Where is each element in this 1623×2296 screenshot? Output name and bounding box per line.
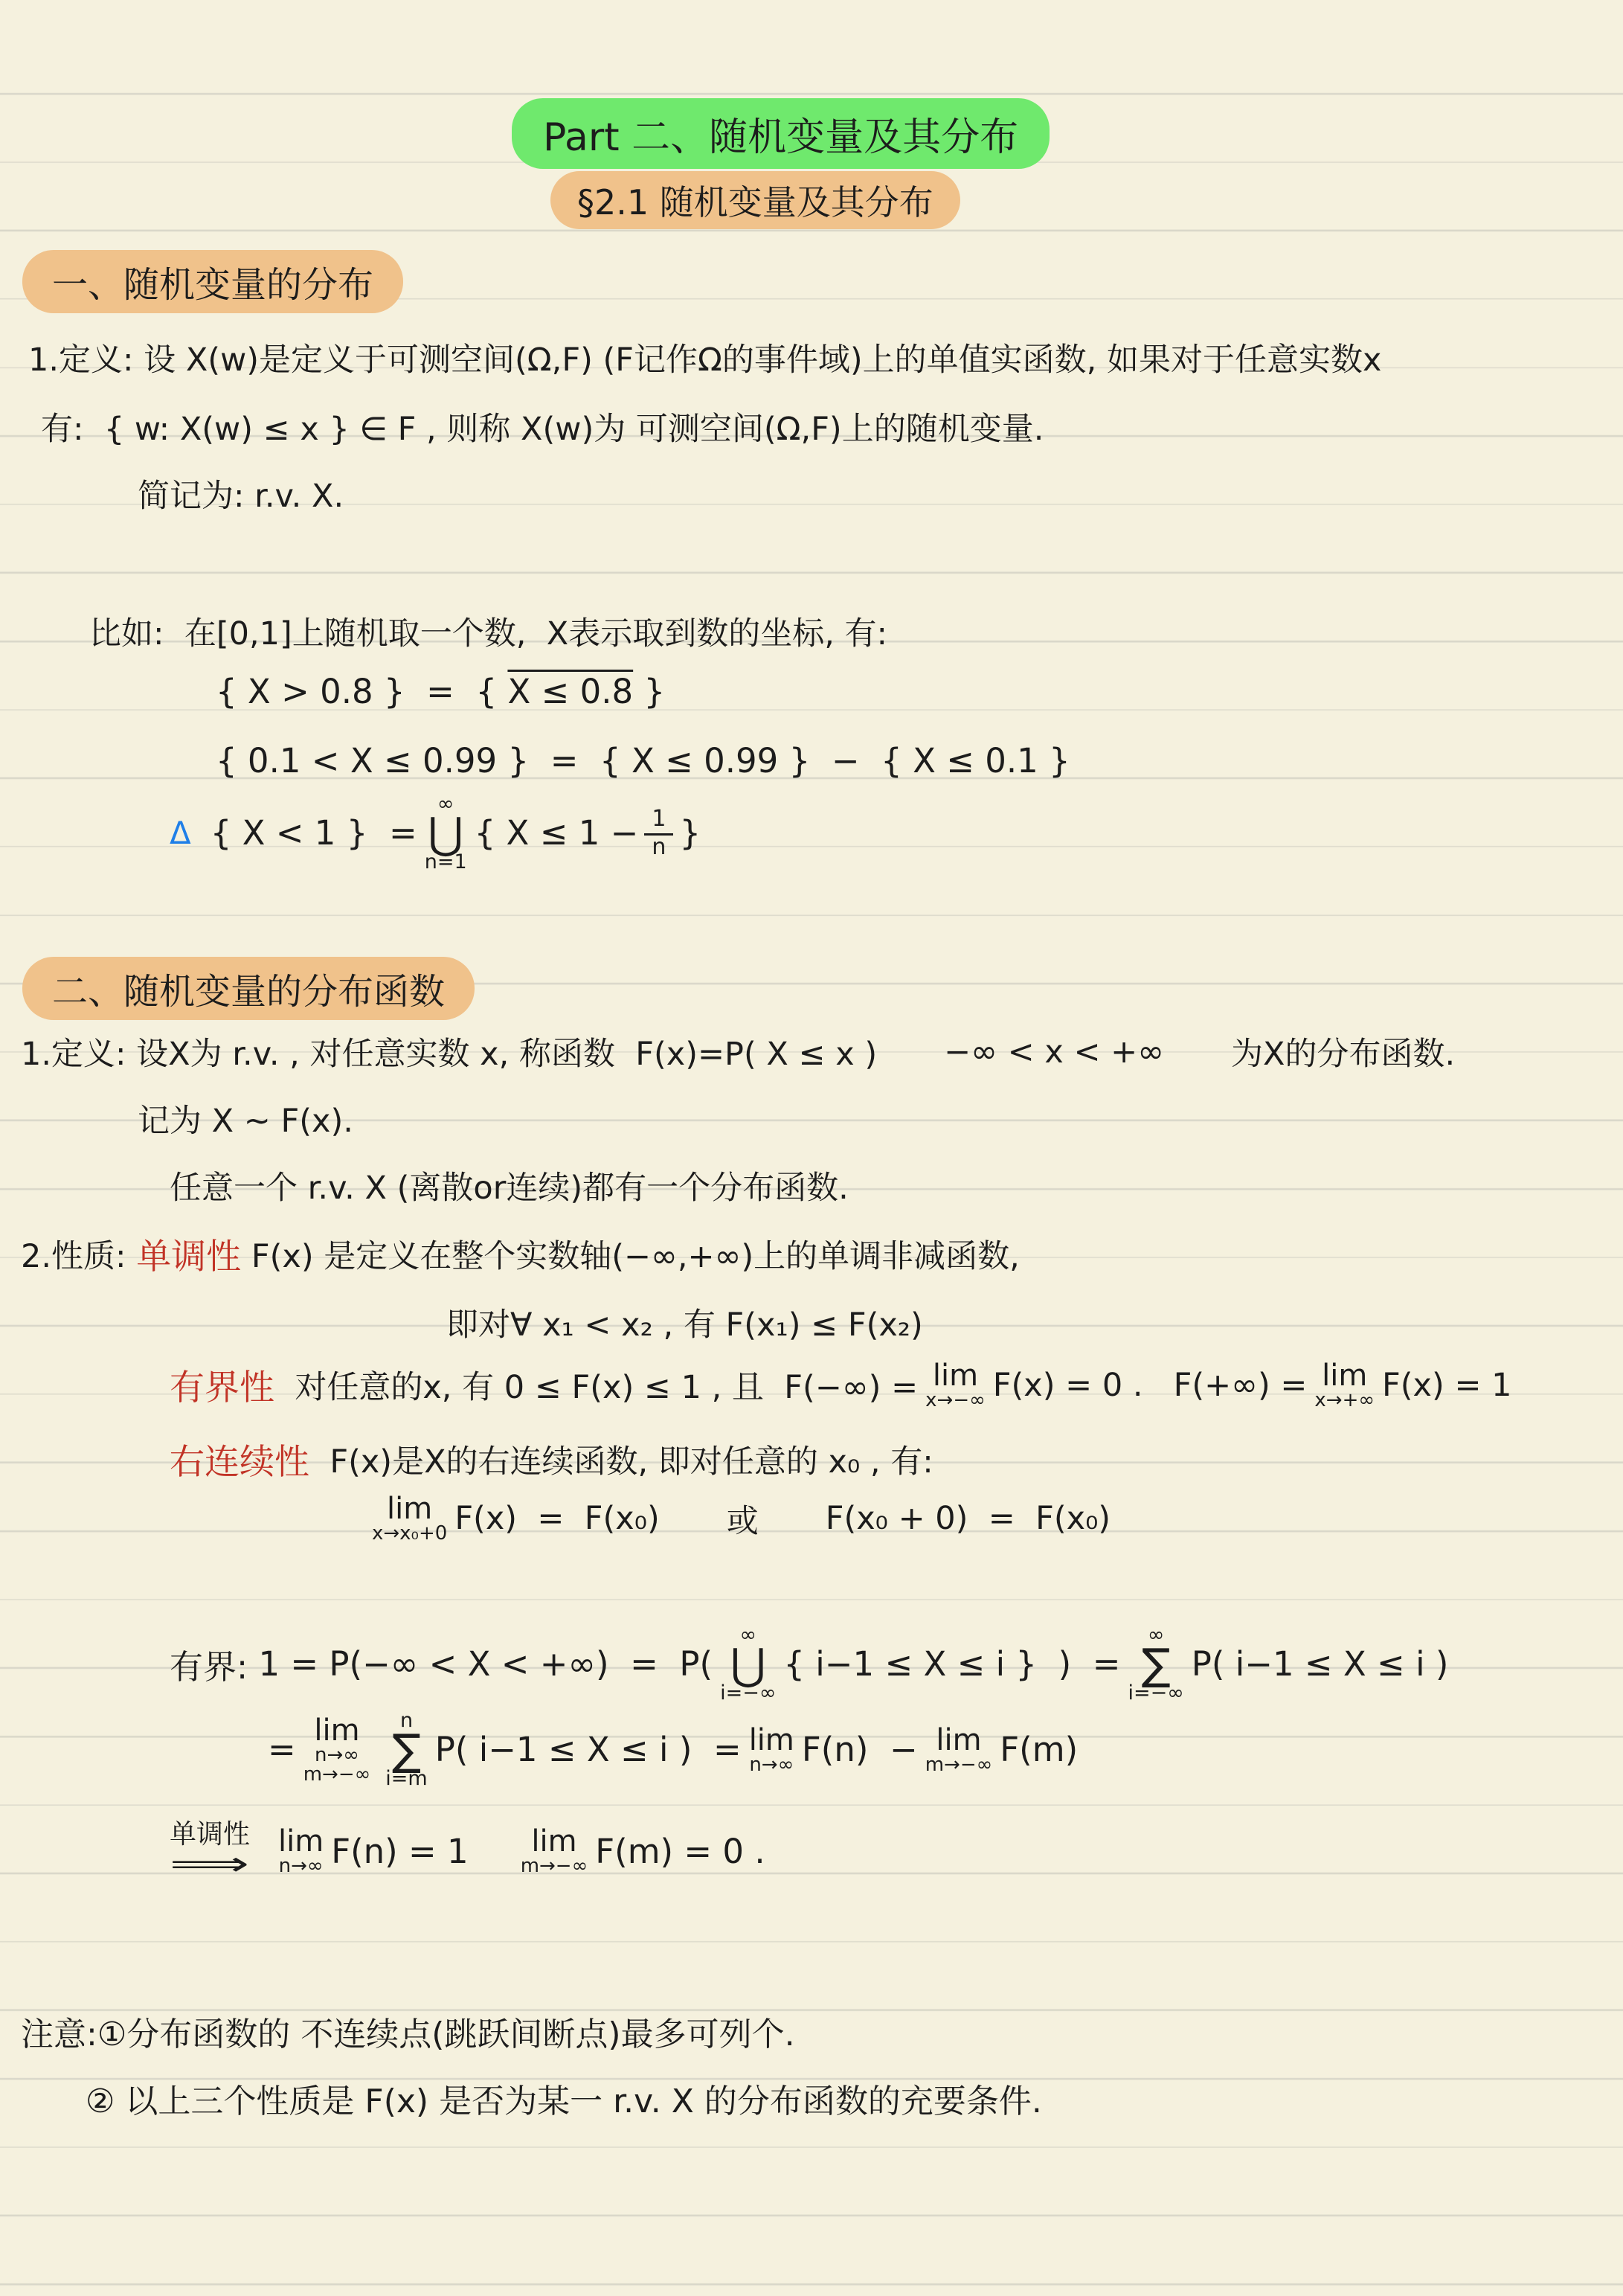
sum-symbol: ∑ bbox=[392, 1731, 421, 1769]
cdf-remark-text: 任意一个 r.v. X (离散or连续)都有一个分布函数. bbox=[170, 1163, 849, 1208]
cdf-definition-pre: 1.定义: 设X为 r.v. , 对任意实数 x, 称函数 F(x)=P( X … bbox=[21, 1029, 877, 1074]
union-lower-limit: i=−∞ bbox=[720, 1684, 776, 1703]
property-right-continuity-line: 右连续性 F(x)是X的右连续函数, 即对任意的 x₀ , 有: bbox=[170, 1434, 933, 1484]
derivation-line2-fm: F(m) bbox=[1000, 1730, 1078, 1769]
lim-subscript: m→−∞ bbox=[521, 1856, 588, 1876]
boundedness-label: 有界性 bbox=[170, 1360, 274, 1410]
cdf-definition-post: 为X的分布函数. bbox=[1231, 1029, 1455, 1074]
definition-line-1: 1.定义: 设 X(w)是定义于可测空间(Ω,F) (F记作Ω的事件域)上的单值… bbox=[28, 335, 1381, 380]
boundedness-text: 对任意的x, 有 0 ≤ F(x) ≤ 1 , 且 F(−∞) = bbox=[274, 1362, 918, 1408]
definition-line-3: 简记为: r.v. X. bbox=[138, 471, 344, 516]
lim-subscript-n: n→∞ bbox=[315, 1745, 359, 1765]
part-title: Part 二、随机变量及其分布 bbox=[512, 98, 1050, 169]
lim-subscript: n→∞ bbox=[749, 1755, 794, 1774]
right-continuity-label: 右连续性 bbox=[170, 1434, 309, 1484]
property-label: 2.性质: bbox=[21, 1231, 136, 1277]
right-continuity-equation-line: lim x→x₀+0 F(x) = F(x₀) 或 F(x₀ + 0) = F(… bbox=[364, 1494, 1111, 1543]
lim-word: lim bbox=[936, 1725, 981, 1755]
limit-m-to-neg-infinity: lim m→−∞ bbox=[925, 1725, 993, 1774]
cdf-definition-line: 1.定义: 设X为 r.v. , 对任意实数 x, 称函数 F(x)=P( X … bbox=[21, 1029, 1455, 1074]
definition-text-3: 简记为: r.v. X. bbox=[138, 471, 344, 516]
derivation-line2-fn: F(n) − bbox=[802, 1730, 918, 1769]
lim-word: lim bbox=[749, 1725, 794, 1755]
lim-word: lim bbox=[933, 1361, 978, 1391]
definition-line-2: 有: { w: X(w) ≤ x } ∈ F , 则称 X(w)为 可测空间(Ω… bbox=[41, 404, 1044, 449]
union-symbol: ⋃ bbox=[428, 814, 463, 853]
sum-operator: n ∑ i=m bbox=[385, 1711, 427, 1788]
definition-text-2: 有: { w: X(w) ≤ x } ∈ F , 则称 X(w)为 可测空间(Ω… bbox=[41, 404, 1044, 449]
eq3-mid: { X ≤ 1 − bbox=[475, 813, 639, 853]
example-eq3: Δ { X < 1 } = ∞ ⋃ n=1 { X ≤ 1 − 1 n } bbox=[170, 795, 701, 871]
note-line-1: 注意:①分布函数的 不连续点(跳跃间断点)最多可列个. bbox=[21, 2007, 795, 2055]
property-monotonicity-line: 2.性质: 单调性 F(x) 是定义在整个实数轴(−∞,+∞)上的单调非减函数, bbox=[21, 1229, 1020, 1279]
limit-x-to-x0-plus: lim x→x₀+0 bbox=[372, 1494, 447, 1543]
section-title: §2.1 随机变量及其分布 bbox=[550, 171, 960, 229]
union-symbol: ⋃ bbox=[730, 1645, 766, 1684]
notebook-page: Part 二、随机变量及其分布 §2.1 随机变量及其分布 一、随机变量的分布 … bbox=[0, 0, 1623, 2296]
lim-word: lim bbox=[387, 1494, 432, 1524]
limit-x-to-pos-infinity: lim x→+∞ bbox=[1314, 1361, 1375, 1410]
cdf-remark-line: 任意一个 r.v. X (离散or连续)都有一个分布函数. bbox=[170, 1163, 849, 1208]
bounded-derivation-line-1: 有界: 1 = P(−∞ < X < +∞) = P( ∞ ⋃ i=−∞ { i… bbox=[170, 1626, 1448, 1702]
mono-result-1: F(n) = 1 bbox=[331, 1832, 468, 1871]
monotonicity-implication-line: 单调性 ⟹ lim n→∞ F(n) = 1 lim m→−∞ F(m) = 0… bbox=[170, 1821, 765, 1881]
limit-n-to-infinity: lim n→∞ bbox=[749, 1725, 794, 1774]
lim-subscript: x→+∞ bbox=[1314, 1391, 1375, 1410]
sum-symbol: ∑ bbox=[1142, 1645, 1171, 1684]
fraction-one-over-n: 1 n bbox=[644, 807, 673, 859]
monotonicity-label: 单调性 bbox=[136, 1229, 241, 1279]
double-arrow-icon: ⟹ bbox=[170, 1848, 249, 1881]
monotonicity-text: F(x) 是定义在整个实数轴(−∞,+∞)上的单调非减函数, bbox=[241, 1231, 1020, 1277]
eq3-post: } bbox=[679, 813, 701, 853]
bounded-label: 有界: bbox=[170, 1640, 258, 1688]
right-continuity-eq1: F(x) = F(x₀) bbox=[454, 1500, 659, 1537]
right-continuity-text: F(x)是X的右连续函数, 即对任意的 x₀ , 有: bbox=[309, 1437, 933, 1482]
sum-lower-limit: i=−∞ bbox=[1128, 1684, 1184, 1703]
delta-marker-icon: Δ bbox=[170, 815, 191, 851]
note-2-text: ② 以上三个性质是 F(x) 是否为某一 r.v. X 的分布函数的充要条件. bbox=[86, 2074, 1042, 2122]
derivation-line1-pre: 1 = P(−∞ < X < +∞) = P( bbox=[258, 1644, 713, 1684]
limit-x-to-neg-infinity: lim x→−∞ bbox=[925, 1361, 986, 1410]
note-line-2: ② 以上三个性质是 F(x) 是否为某一 r.v. X 的分布函数的充要条件. bbox=[86, 2074, 1042, 2122]
heading-random-variable: 一、随机变量的分布 bbox=[22, 250, 403, 313]
example-intro-text: 比如: 在[0,1]上随机取一个数, X表示取到数的坐标, 有: bbox=[89, 609, 887, 654]
limit-m-to-neg-infinity: lim m→−∞ bbox=[521, 1827, 588, 1876]
lim-subscript: x→−∞ bbox=[925, 1391, 986, 1410]
derivation-line2-mid: P( i−1 ≤ X ≤ i ) = bbox=[435, 1730, 742, 1769]
derivation-line1-post: P( i−1 ≤ X ≤ i ) bbox=[1192, 1644, 1449, 1684]
bounded-derivation-line-2: = lim n→∞ m→−∞ n ∑ i=m P( i−1 ≤ X ≤ i ) … bbox=[268, 1711, 1078, 1788]
lim-subscript: m→−∞ bbox=[925, 1755, 993, 1774]
implies-by-monotonicity: 单调性 ⟹ bbox=[170, 1821, 250, 1881]
limit-n-m-double: lim n→∞ m→−∞ bbox=[303, 1716, 371, 1784]
cdf-definition-range: −∞ < x < +∞ bbox=[944, 1033, 1164, 1071]
mono-result-2: F(m) = 0 . bbox=[595, 1832, 765, 1871]
monotonicity-detail-text: 即对∀ x₁ < x₂ , 有 F(x₁) ≤ F(x₂) bbox=[446, 1300, 923, 1345]
definition-text-1: 1.定义: 设 X(w)是定义于可测空间(Ω,F) (F记作Ω的事件域)上的单值… bbox=[28, 335, 1381, 380]
lim-word: lim bbox=[278, 1827, 324, 1856]
eq1-pre: { X > 0.8 } = { bbox=[216, 672, 507, 711]
property-boundedness-line: 有界性 对任意的x, 有 0 ≤ F(x) ≤ 1 , 且 F(−∞) = li… bbox=[170, 1360, 1512, 1410]
union-lower-limit: n=1 bbox=[425, 853, 467, 872]
example-intro-line: 比如: 在[0,1]上随机取一个数, X表示取到数的坐标, 有: bbox=[89, 609, 887, 654]
heading-distribution-function: 二、随机变量的分布函数 bbox=[22, 957, 475, 1020]
derivation-line1-mid: { i−1 ≤ X ≤ i } ) = bbox=[783, 1644, 1120, 1684]
sum-lower-limit: i=m bbox=[385, 1769, 427, 1789]
monotonicity-detail-line: 即对∀ x₁ < x₂ , 有 F(x₁) ≤ F(x₂) bbox=[446, 1300, 923, 1345]
right-continuity-eq2: F(x₀ + 0) = F(x₀) bbox=[826, 1500, 1111, 1537]
eq1-complement-overline: X ≤ 0.8 bbox=[507, 672, 633, 711]
example-eq2: { 0.1 < X ≤ 0.99 } = { X ≤ 0.99 } − { X … bbox=[216, 741, 1070, 780]
union-operator: ∞ ⋃ n=1 bbox=[425, 795, 467, 871]
eq1-post: } bbox=[633, 672, 665, 711]
boundedness-mid: F(x) = 0 . F(+∞) = bbox=[993, 1367, 1308, 1404]
fraction-numerator: 1 bbox=[644, 807, 673, 836]
union-operator: ∞ ⋃ i=−∞ bbox=[720, 1626, 776, 1702]
lim-subscript-m: m→−∞ bbox=[303, 1765, 371, 1784]
lim-word: lim bbox=[314, 1716, 359, 1745]
lim-subscript: x→x₀+0 bbox=[372, 1524, 447, 1543]
monotonicity-word: 单调性 bbox=[170, 1821, 250, 1848]
limit-n-to-infinity: lim n→∞ bbox=[278, 1827, 324, 1876]
eq2-text: { 0.1 < X ≤ 0.99 } = { X ≤ 0.99 } − { X … bbox=[216, 741, 1070, 780]
sum-operator: ∞ ∑ i=−∞ bbox=[1128, 1626, 1184, 1702]
lim-word: lim bbox=[1322, 1361, 1367, 1391]
or-word: 或 bbox=[727, 1496, 759, 1542]
lim-word: lim bbox=[531, 1827, 576, 1856]
lim-subscript: n→∞ bbox=[279, 1856, 324, 1876]
example-eq1: { X > 0.8 } = { X ≤ 0.8 } bbox=[216, 672, 665, 711]
derivation-equals: = bbox=[268, 1730, 296, 1769]
cdf-notation-line: 记为 X ~ F(x). bbox=[138, 1096, 353, 1141]
cdf-notation-text: 记为 X ~ F(x). bbox=[138, 1096, 353, 1141]
boundedness-end: F(x) = 1 bbox=[1382, 1367, 1511, 1404]
eq3-pre: { X < 1 } = bbox=[210, 813, 417, 853]
note-1-text: 注意:①分布函数的 不连续点(跳跃间断点)最多可列个. bbox=[21, 2007, 795, 2055]
fraction-denominator: n bbox=[652, 836, 666, 859]
